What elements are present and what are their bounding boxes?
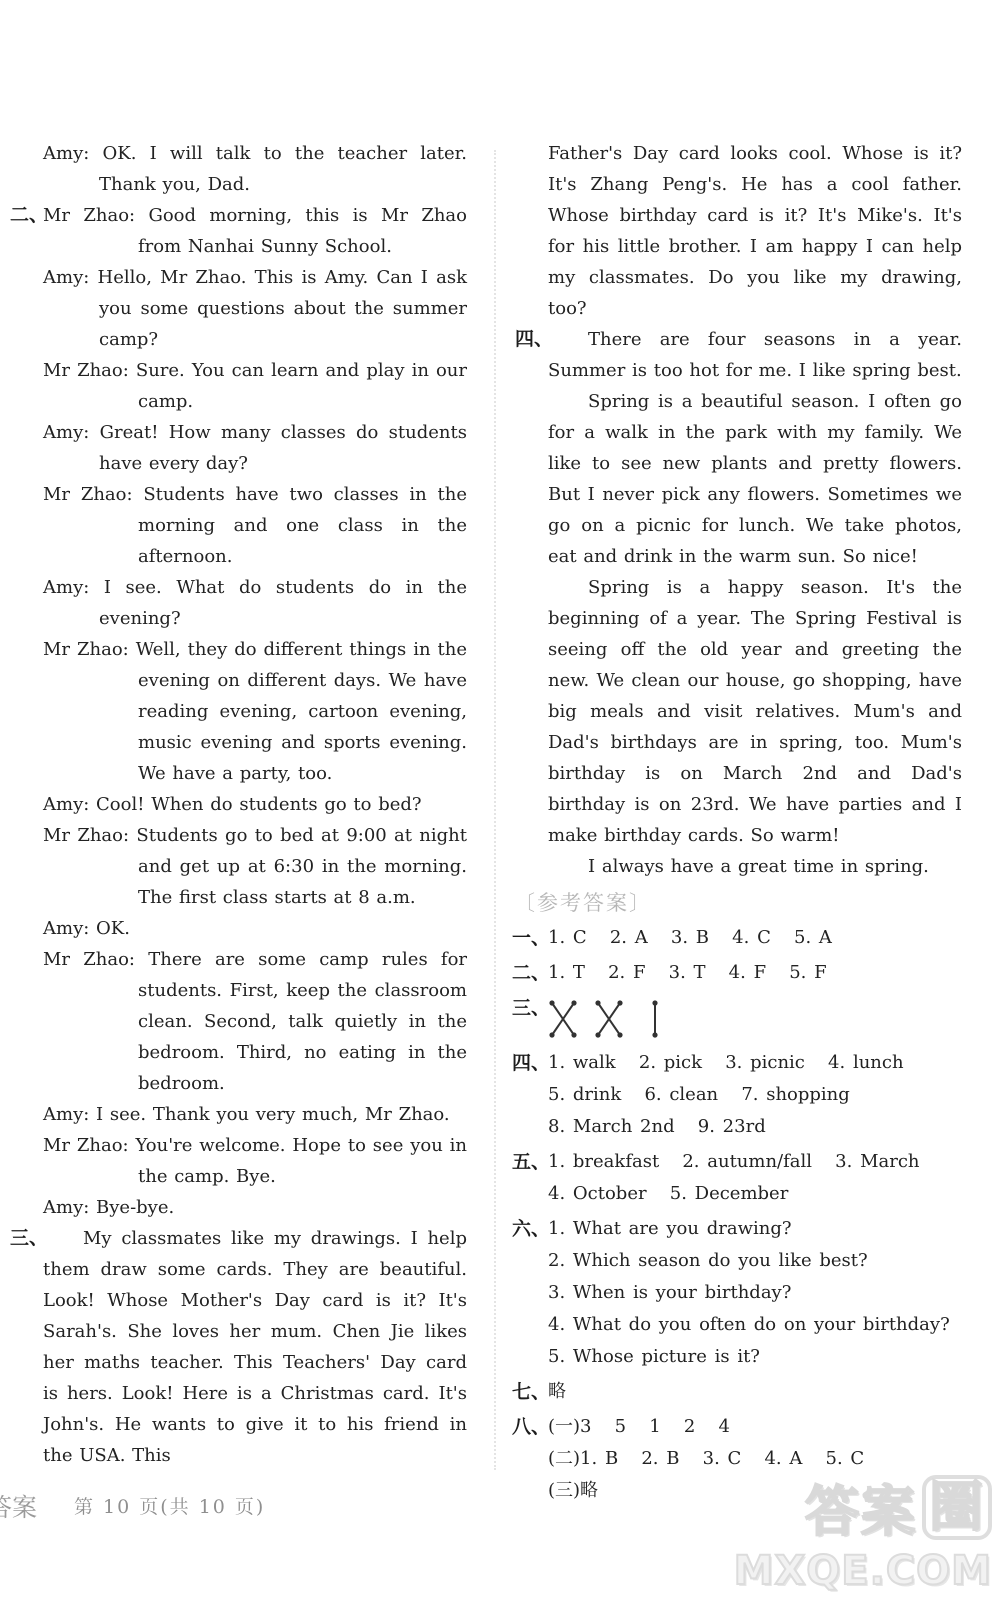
dialogue-turn: Amy: Bye-bye. [43, 1192, 467, 1223]
answer-marker: 三、 [512, 993, 550, 1024]
bar-mark-icon [640, 998, 670, 1040]
paragraph: 四、There are four seasons in a year. Summ… [548, 324, 962, 386]
speaker-label: Mr Zhao: [43, 639, 136, 660]
paragraph: Spring is a happy season. It's the begin… [548, 572, 962, 851]
answer-line: 4. October 5. December [548, 1178, 962, 1210]
speaker-label: Mr Zhao: [43, 1135, 135, 1156]
dialogue-turn: Amy: I see. What do students do in the e… [43, 572, 467, 634]
answer-marker: 二、 [512, 958, 550, 989]
answer-line: 1. T 2. F 3. T 4. F 5. F [548, 957, 962, 989]
answer-marker: 八、 [512, 1412, 550, 1443]
cross-mark-icon [548, 998, 578, 1040]
right-column: Father's Day card looks cool. Whose is i… [548, 138, 962, 1510]
watermark-stamp: 答案 圈 [734, 1469, 992, 1546]
answer-row: 五、1. breakfast 2. autumn/fall 3. March4.… [548, 1146, 962, 1210]
answer-line: 5. drink 6. clean 7. shopping [548, 1079, 962, 1111]
answer-line: 8. March 2nd 9. 23rd [548, 1111, 962, 1143]
answer-key: 一、1. C 2. A 3. B 4. C 5. A二、1. T 2. F 3.… [548, 922, 962, 1507]
answer-marker: 四、 [512, 1048, 550, 1079]
dialogue-turn: Amy: Hello, Mr Zhao. This is Amy. Can I … [43, 262, 467, 355]
footer-page-number: 第 10 页(共 10 页) [74, 1492, 265, 1519]
footer-label: 答案 [0, 1488, 37, 1524]
dialogue-turn: Amy: OK. [43, 913, 467, 944]
cross-mark-icon [594, 998, 624, 1040]
section-marker: 四、 [515, 324, 553, 355]
dialogue-turn: Mr Zhao: Sure. You can learn and play in… [43, 355, 467, 417]
speaker-label: Mr Zhao: [43, 949, 148, 970]
paragraph: Father's Day card looks cool. Whose is i… [548, 138, 962, 324]
speaker-label: Amy: [43, 1197, 96, 1218]
answer-line: 3. When is your birthday? [548, 1277, 962, 1309]
dialogue-turn: Amy: OK. I will talk to the teacher late… [43, 138, 467, 200]
speaker-label: Mr Zhao: [43, 205, 148, 226]
answer-row: 六、1. What are you drawing?2. Which seaso… [548, 1213, 962, 1373]
speaker-label: Mr Zhao: [43, 825, 136, 846]
speaker-label: Mr Zhao: [43, 360, 136, 381]
dialogue-turn: Amy: Great! How many classes do students… [43, 417, 467, 479]
answer-line: 1. walk 2. pick 3. picnic 4. lunch [548, 1047, 962, 1079]
answer-line: 2. Which season do you like best? [548, 1245, 962, 1277]
dialogue-turn: Mr Zhao: You're welcome. Hope to see you… [43, 1130, 467, 1192]
watermark: 答案 圈 MXQE.COM [734, 1469, 992, 1594]
answers-heading: 〔参考答案〕 [514, 888, 962, 919]
section-marker: 三、 [10, 1223, 48, 1254]
dialogue-turn: Mr Zhao: Students go to bed at 9:00 at n… [43, 820, 467, 913]
speaker-label: Amy: [43, 918, 96, 939]
section-marker: 二、 [10, 200, 48, 231]
dialogue-turn: Mr Zhao: Students have two classes in th… [43, 479, 467, 572]
watermark-stamp-text: 答案 [805, 1469, 917, 1546]
answer-line: 5. Whose picture is it? [548, 1341, 962, 1373]
dialogue-turn: Amy: I see. Thank you very much, Mr Zhao… [43, 1099, 467, 1130]
answer-line: (一)3 5 1 2 4 [548, 1411, 962, 1443]
answer-row: 三、 [548, 992, 962, 1044]
answer-line: 1. breakfast 2. autumn/fall 3. March [548, 1146, 962, 1178]
dialogue-turn: 二、Mr Zhao: Good morning, this is Mr Zhao… [43, 200, 467, 262]
speaker-label: Amy: [43, 1104, 96, 1125]
answer-row: 二、1. T 2. F 3. T 4. F 5. F [548, 957, 962, 989]
watermark-site: MXQE.COM [734, 1548, 992, 1594]
answer-line: 略 [548, 1376, 962, 1408]
dialogue-turn: Mr Zhao: There are some camp rules for s… [43, 944, 467, 1099]
answer-marker: 七、 [512, 1377, 550, 1408]
speaker-label: Amy: [43, 794, 96, 815]
speaker-label: Amy: [43, 577, 104, 598]
listening-material: Father's Day card looks cool. Whose is i… [548, 138, 962, 882]
answer-line: 4. What do you often do on your birthday… [548, 1309, 962, 1341]
speaker-label: Amy: [43, 267, 98, 288]
speaker-label: Amy: [43, 422, 100, 443]
column-divider [494, 150, 496, 1470]
answer-marker: 六、 [512, 1214, 550, 1245]
answer-symbols [548, 992, 962, 1044]
paragraph: I always have a great time in spring. [548, 851, 962, 882]
watermark-boxed-char: 圈 [922, 1475, 992, 1540]
answer-row: 四、1. walk 2. pick 3. picnic 4. lunch5. d… [548, 1047, 962, 1143]
answer-marker: 一、 [512, 923, 550, 954]
dialogue-turn: Mr Zhao: Well, they do different things … [43, 634, 467, 789]
paragraph: 三、My classmates like my drawings. I help… [43, 1223, 467, 1471]
speaker-label: Mr Zhao: [43, 484, 143, 505]
answer-line: 1. What are you drawing? [548, 1213, 962, 1245]
speaker-label: Amy: [43, 143, 103, 164]
paragraph: Spring is a beautiful season. I often go… [548, 386, 962, 572]
left-column: Amy: OK. I will talk to the teacher late… [43, 138, 467, 1471]
dialogue-turn: Amy: Cool! When do students go to bed? [43, 789, 467, 820]
answer-marker: 五、 [512, 1147, 550, 1178]
scanned-answer-page: Amy: OK. I will talk to the teacher late… [0, 0, 996, 1600]
answer-line: 1. C 2. A 3. B 4. C 5. A [548, 922, 962, 954]
answer-row: 一、1. C 2. A 3. B 4. C 5. A [548, 922, 962, 954]
answer-row: 七、略 [548, 1376, 962, 1408]
